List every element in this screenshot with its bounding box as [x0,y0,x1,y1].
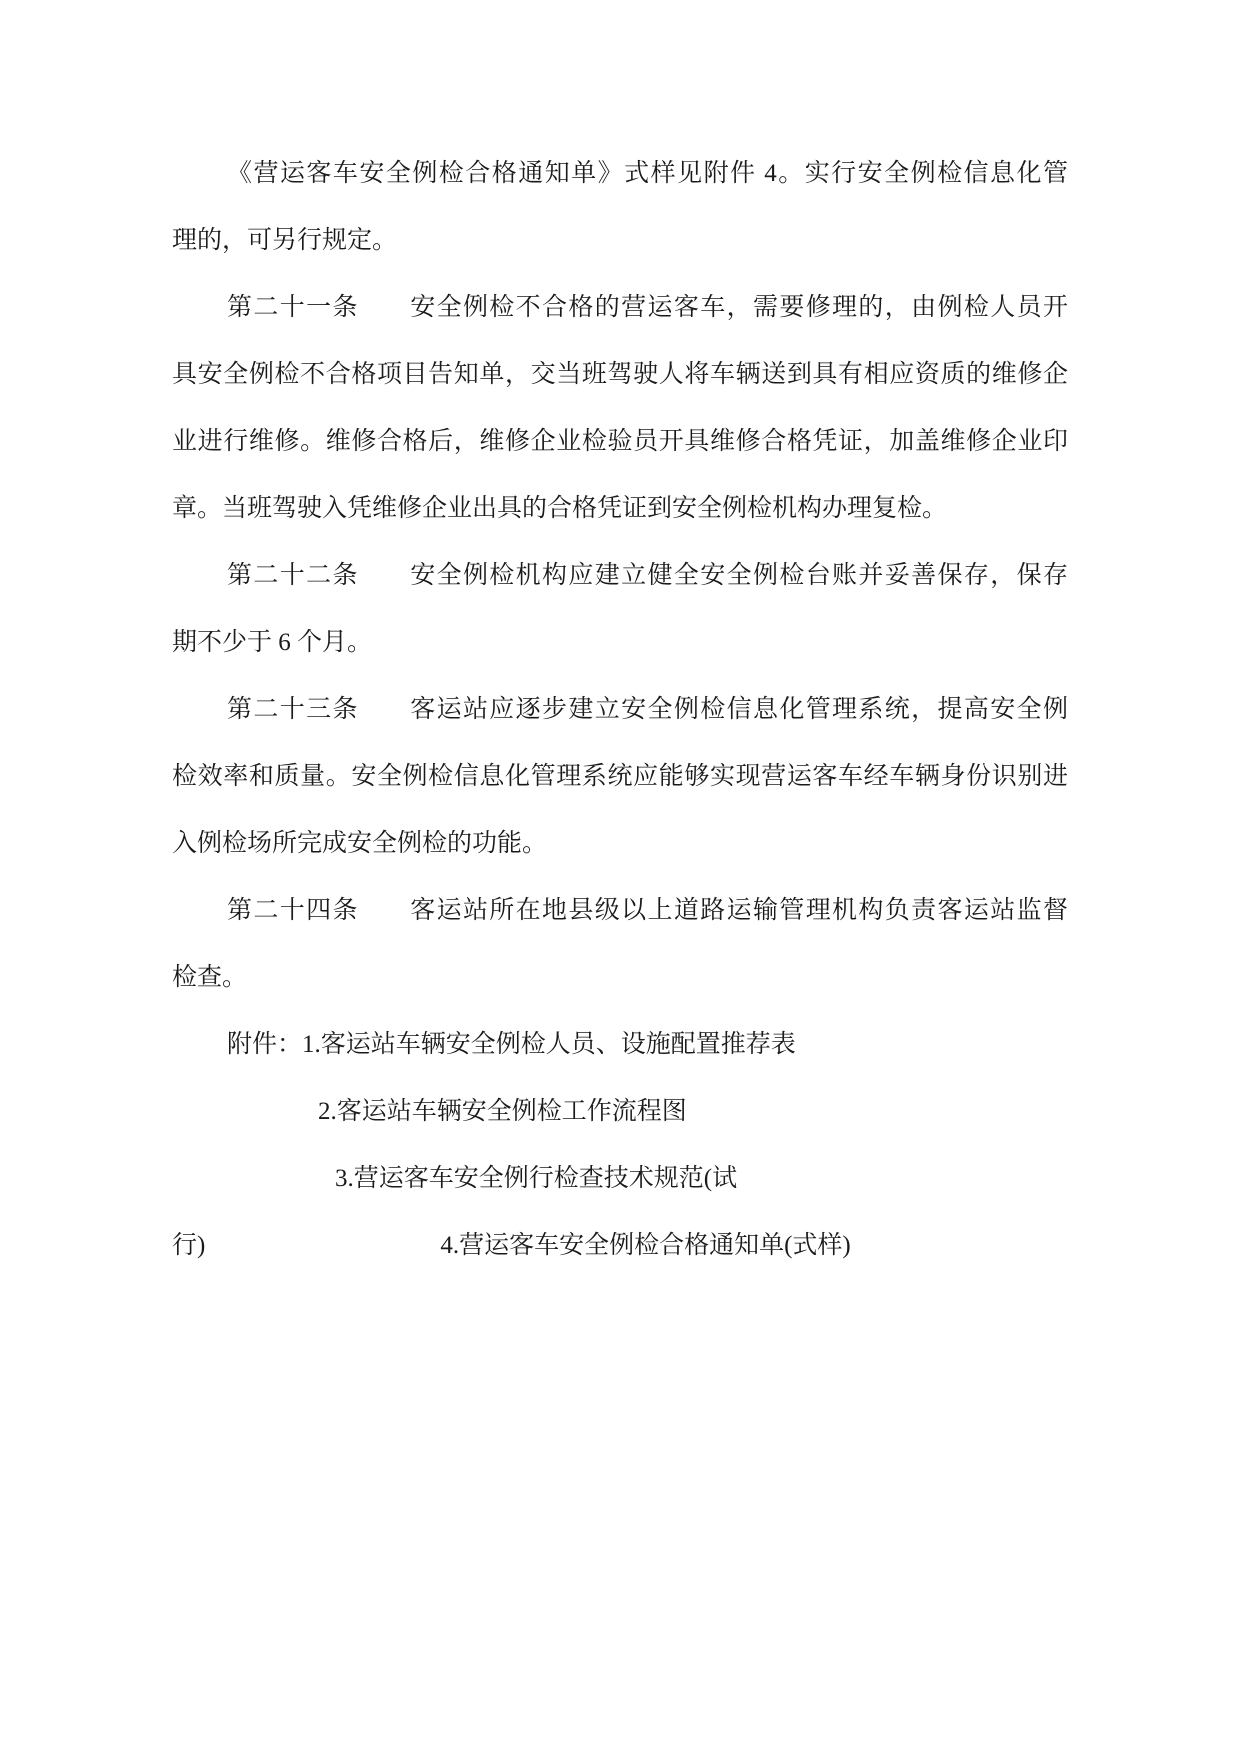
attachment-item-4: 4.营运客车安全例检合格通知单(式样) [440,1232,850,1259]
article-line: 第二十四条客运站所在地县级以上道路运输管理机构负责客运站监督 [172,877,1068,944]
article-line: 第二十二条安全例检机构应建立健全安全例检台账并妥善保存，保存 [172,542,1068,609]
paragraph-line: 检查。 [172,944,1068,1011]
article-line: 第二十三条客运站应逐步建立安全例检信息化管理系统，提高安全例 [172,676,1068,743]
article-number: 第二十四条 [227,897,359,924]
article-text: 客运站所在地县级以上道路运输管理机构负责客运站监督 [409,897,1068,924]
article-line: 第二十一条安全例检不合格的营运客车，需要修理的，由例检人员开 [172,274,1068,341]
attachment-item-3-continuation: 行) [172,1232,205,1259]
paragraph-line: 《营运客车安全例检合格通知单》式样见附件 4。实行安全例检信息化管 [172,140,1068,207]
article-number: 第二十一条 [227,294,359,321]
paragraph-line: 章。当班驾驶入凭维修企业出具的合格凭证到安全例检机构办理复检。 [172,475,1068,542]
article-text: 安全例检不合格的营运客车，需要修理的，由例检人员开 [409,294,1068,321]
attachment-item-3: 3.营运客车安全例行检查技术规范(试 [172,1145,1068,1212]
paragraph-line: 具安全例检不合格项目告知单，交当班驾驶人将车辆送到具有相应资质的维修企 [172,341,1068,408]
document-body: 《营运客车安全例检合格通知单》式样见附件 4。实行安全例检信息化管 理的，可另行… [172,140,1068,1279]
article-text: 安全例检机构应建立健全安全例检台账并妥善保存，保存 [409,562,1068,589]
attachments-label: 附件： [227,1031,302,1058]
article-number: 第二十二条 [227,562,359,589]
attachment-item-2: 2.客运站车辆安全例检工作流程图 [172,1078,1068,1145]
paragraph-line: 理的，可另行规定。 [172,207,1068,274]
attachment-item-1: 1.客运站车辆安全例检人员、设施配置推荐表 [302,1031,796,1058]
paragraph-line: 业进行维修。维修合格后，维修企业检验员开具维修合格凭证，加盖维修企业印 [172,408,1068,475]
paragraph-line: 期不少于 6 个月。 [172,609,1068,676]
attachment-item-4-line: 行)4.营运客车安全例检合格通知单(式样) [172,1212,1068,1279]
paragraph-line: 入例检场所完成安全例检的功能。 [172,810,1068,877]
article-text: 客运站应逐步建立安全例检信息化管理系统，提高安全例 [409,696,1068,723]
paragraph-line: 检效率和质量。安全例检信息化管理系统应能够实现营运客车经车辆身份识别进 [172,743,1068,810]
document-page: 《营运客车安全例检合格通知单》式样见附件 4。实行安全例检信息化管 理的，可另行… [0,0,1241,1754]
article-number: 第二十三条 [227,696,359,723]
attachments-line: 附件：1.客运站车辆安全例检人员、设施配置推荐表 [172,1011,1068,1078]
